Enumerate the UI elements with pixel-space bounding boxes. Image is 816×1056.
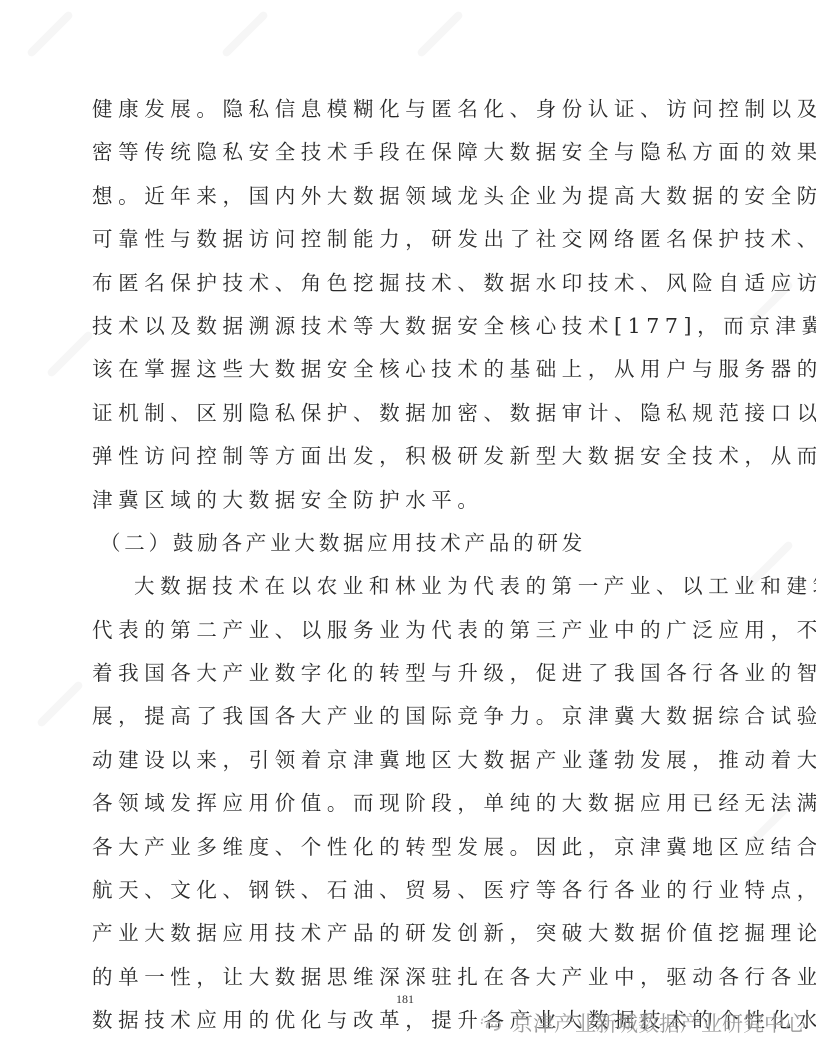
document-page: 健康发展。隐私信息模糊化与匿名化、身份认证、访问控制以及信息加 密等传统隐私安全…	[92, 88, 744, 1043]
text-line: 着我国各大产业数字化的转型与升级，促进了我国各行各业的智能化发	[92, 652, 744, 695]
watermark	[36, 680, 84, 728]
text-line: 津冀区域的大数据安全防护水平。	[92, 479, 744, 522]
paragraph-2: 大数据技术在以农业和林业为代表的第一产业、以工业和建筑业为 代表的第二产业、以服…	[92, 565, 744, 1042]
text-line: 产业大数据应用技术产品的研发创新，突破大数据价值挖掘理论和算法	[92, 912, 744, 955]
text-line: 各大产业多维度、个性化的转型发展。因此，京津冀地区应结合金融、	[92, 826, 744, 869]
watermark	[46, 330, 94, 378]
text-line: 布匿名保护技术、角色挖掘技术、数据水印技术、风险自适应访问控制	[92, 262, 744, 305]
text-line: 动建设以来，引领着京津冀地区大数据产业蓬勃发展，推动着大数据在	[92, 739, 744, 782]
text-line: 想。近年来，国内外大数据领域龙头企业为提高大数据的安全防护性、	[92, 175, 744, 218]
text-line: 技术以及数据溯源技术等大数据安全核心技术[177]，而京津冀地区应	[92, 305, 744, 348]
watermark	[26, 10, 74, 58]
text-line: 该在掌握这些大数据安全核心技术的基础上，从用户与服务器的安全认	[92, 348, 744, 391]
text-line: 各领域发挥应用价值。而现阶段，单纯的大数据应用已经无法满足我国	[92, 782, 744, 825]
section-heading: （二）鼓励各产业大数据应用技术产品的研发	[92, 522, 744, 565]
text-line: 弹性访问控制等方面出发，积极研发新型大数据安全技术，从而提升京	[92, 435, 744, 478]
text-line: 大数据技术在以农业和林业为代表的第一产业、以工业和建筑业为	[92, 565, 744, 608]
text-line: 航天、文化、钢铁、石油、贸易、医疗等各行各业的行业特点，鼓励各	[92, 869, 744, 912]
text-line: 可靠性与数据访问控制能力，研发出了社交网络匿名保护技术、数据发	[92, 218, 744, 261]
wechat-icon	[478, 1012, 504, 1034]
text-line: 证机制、区别隐私保护、数据加密、数据审计、隐私规范接口以及数据	[92, 392, 744, 435]
text-line: 健康发展。隐私信息模糊化与匿名化、身份认证、访问控制以及信息加	[92, 88, 744, 131]
watermark	[221, 10, 269, 58]
text-line: 展，提高了我国各大产业的国际竞争力。京津冀大数据综合试验区自启	[92, 695, 744, 738]
footer-brand-watermark: 京津产业新城数据产业研究中心	[478, 1008, 806, 1038]
footer-brand-text: 京津产业新城数据产业研究中心	[512, 1008, 806, 1038]
text-line: 的单一性，让大数据思维深深驻扎在各大产业中，驱动各行各业进行大	[92, 956, 744, 999]
text-line: 代表的第二产业、以服务业为代表的第三产业中的广泛应用，不断推动	[92, 609, 744, 652]
paragraph-1: 健康发展。隐私信息模糊化与匿名化、身份认证、访问控制以及信息加 密等传统隐私安全…	[92, 88, 744, 522]
watermark	[416, 10, 464, 58]
page-number: 181	[396, 992, 414, 1007]
text-line: 密等传统隐私安全技术手段在保障大数据安全与隐私方面的效果并不理	[92, 131, 744, 174]
